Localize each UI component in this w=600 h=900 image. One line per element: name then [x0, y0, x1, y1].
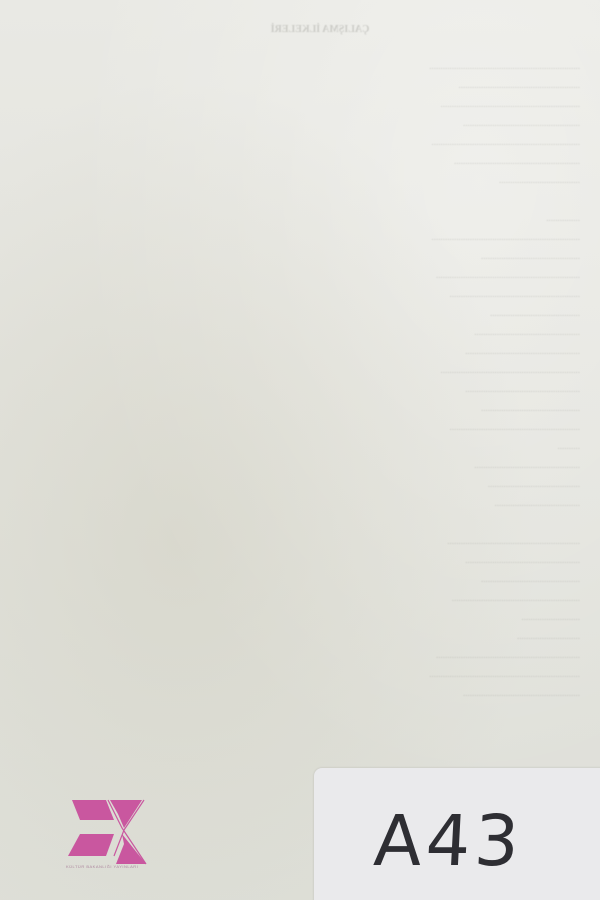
bleed-line: ..........: [60, 437, 580, 456]
bleed-line: ........................................…: [60, 684, 580, 703]
bleed-line: ...............: [60, 209, 580, 228]
bleed-line: ........................................…: [60, 456, 580, 475]
bleed-title: ÇALIŞMA İLKELERİ: [60, 20, 580, 39]
publisher-logo-icon: [66, 798, 148, 868]
bleed-line: ..........................: [60, 608, 580, 627]
bleed-line: ........................................…: [60, 133, 580, 152]
bleed-line: ........................................…: [60, 646, 580, 665]
bleed-line: ........................................…: [60, 266, 580, 285]
bleed-line: ........................................…: [60, 589, 580, 608]
bleed-line: ......................................: [60, 494, 580, 513]
bleed-line: ....................................: [60, 171, 580, 190]
bleed-line: ........................................…: [60, 114, 580, 133]
bleed-line: ........................................…: [60, 475, 580, 494]
bleed-line: ........................................…: [60, 76, 580, 95]
bleed-line: ........................................…: [60, 285, 580, 304]
bleed-line: ........................................…: [60, 570, 580, 589]
bleed-line: ........................................…: [60, 665, 580, 684]
bleed-line: ........................................…: [60, 323, 580, 342]
bleed-line: [60, 190, 580, 209]
bleed-line: [60, 513, 580, 532]
bleed-line: ........................................…: [60, 342, 580, 361]
bleed-line: ........................................…: [60, 418, 580, 437]
bleed-line: ........................................: [60, 304, 580, 323]
bleed-line: ........................................…: [60, 152, 580, 171]
bleed-line: ........................................…: [60, 532, 580, 551]
bleed-line: ........................................…: [60, 399, 580, 418]
bleed-line: ............................: [60, 627, 580, 646]
bleed-lines: ........................................…: [60, 57, 580, 703]
bleed-line: ........................................…: [60, 247, 580, 266]
bleed-line: ........................................…: [60, 228, 580, 247]
catalog-label: A43: [314, 768, 600, 900]
bleed-through-text: ÇALIŞMA İLKELERİ .......................…: [60, 20, 580, 750]
bleed-line: ........................................…: [60, 361, 580, 380]
bleed-line: ........................................…: [60, 380, 580, 399]
document-page: ÇALIŞMA İLKELERİ .......................…: [0, 0, 600, 900]
bleed-line: ........................................…: [60, 551, 580, 570]
logo-caption: KÜLTÜR BAKANLIĞI YAYINLARI: [66, 864, 166, 869]
label-text: A43: [372, 800, 525, 882]
bleed-line: ........................................…: [60, 57, 580, 76]
bleed-line: ........................................…: [60, 95, 580, 114]
